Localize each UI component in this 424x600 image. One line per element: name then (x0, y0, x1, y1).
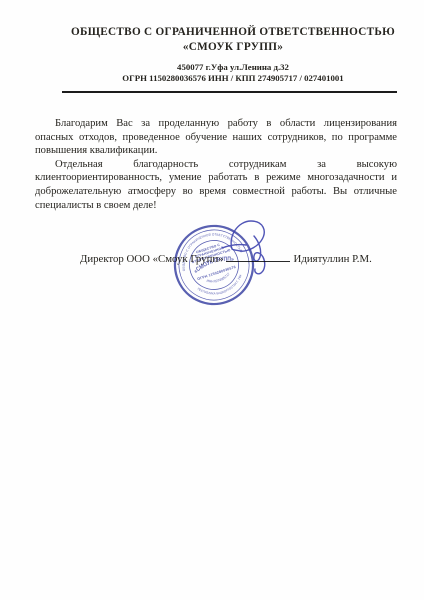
org-contacts: 450077 г.Уфа ул.Ленина д.32 ОГРН 1150280… (69, 62, 397, 84)
signature-flick-stroke (222, 245, 246, 248)
svg-text:РЕСПУБЛИКА БАШКОРТОСТАН Г. УФА: РЕСПУБЛИКА БАШКОРТОСТАН Г. УФА (196, 272, 247, 301)
letter-body: Благодарим Вас за проделанную работу в о… (35, 117, 397, 212)
stamp-inn: ИНН 0274905717 (205, 271, 232, 286)
org-name-line2: «СМОУК ГРУПП» (69, 40, 397, 55)
letterhead-divider (62, 91, 397, 93)
signatory-name: Идиятуллин Р.М. (294, 253, 372, 266)
org-registration: ОГРН 1150280036576 ИНН / КПП 274905717 /… (69, 73, 397, 84)
org-name-line1: ОБЩЕСТВО С ОГРАНИЧЕННОЙ ОТВЕТСТВЕННОСТЬЮ (69, 25, 397, 40)
signature-loop-stroke (231, 221, 264, 251)
signature-row: Директор ООО «Смоук Групп»Идиятуллин Р.М… (80, 251, 372, 266)
stamp-and-signature-overlay: ОБЩЕСТВО С ОГРАНИЧЕННОЙ ОТВЕТСТВЕННОСТЬЮ… (0, 0, 424, 600)
org-address: 450077 г.Уфа ул.Ленина д.32 (69, 62, 397, 73)
stamp-ring-bottom-text: РЕСПУБЛИКА БАШКОРТОСТАН Г. УФА (196, 272, 247, 301)
letterhead: ОБЩЕСТВО С ОГРАНИЧЕННОЙ ОТВЕТСТВЕННОСТЬЮ… (69, 25, 397, 84)
scanned-letter-page: ОБЩЕСТВО С ОГРАНИЧЕННОЙ ОТВЕТСТВЕННОСТЬЮ… (0, 0, 424, 600)
paragraph-thanks: Отдельная благодарность сотрудникам за в… (35, 158, 397, 212)
svg-text:ИНН 0274905717: ИНН 0274905717 (205, 271, 232, 286)
signature-line (226, 251, 290, 262)
signatory-title: Директор ООО «Смоук Групп» (80, 253, 224, 266)
paragraph-gratitude: Благодарим Вас за проделанную работу в о… (35, 117, 397, 158)
stamp-ogrn: ОГРН 1150280036576 (197, 265, 236, 281)
